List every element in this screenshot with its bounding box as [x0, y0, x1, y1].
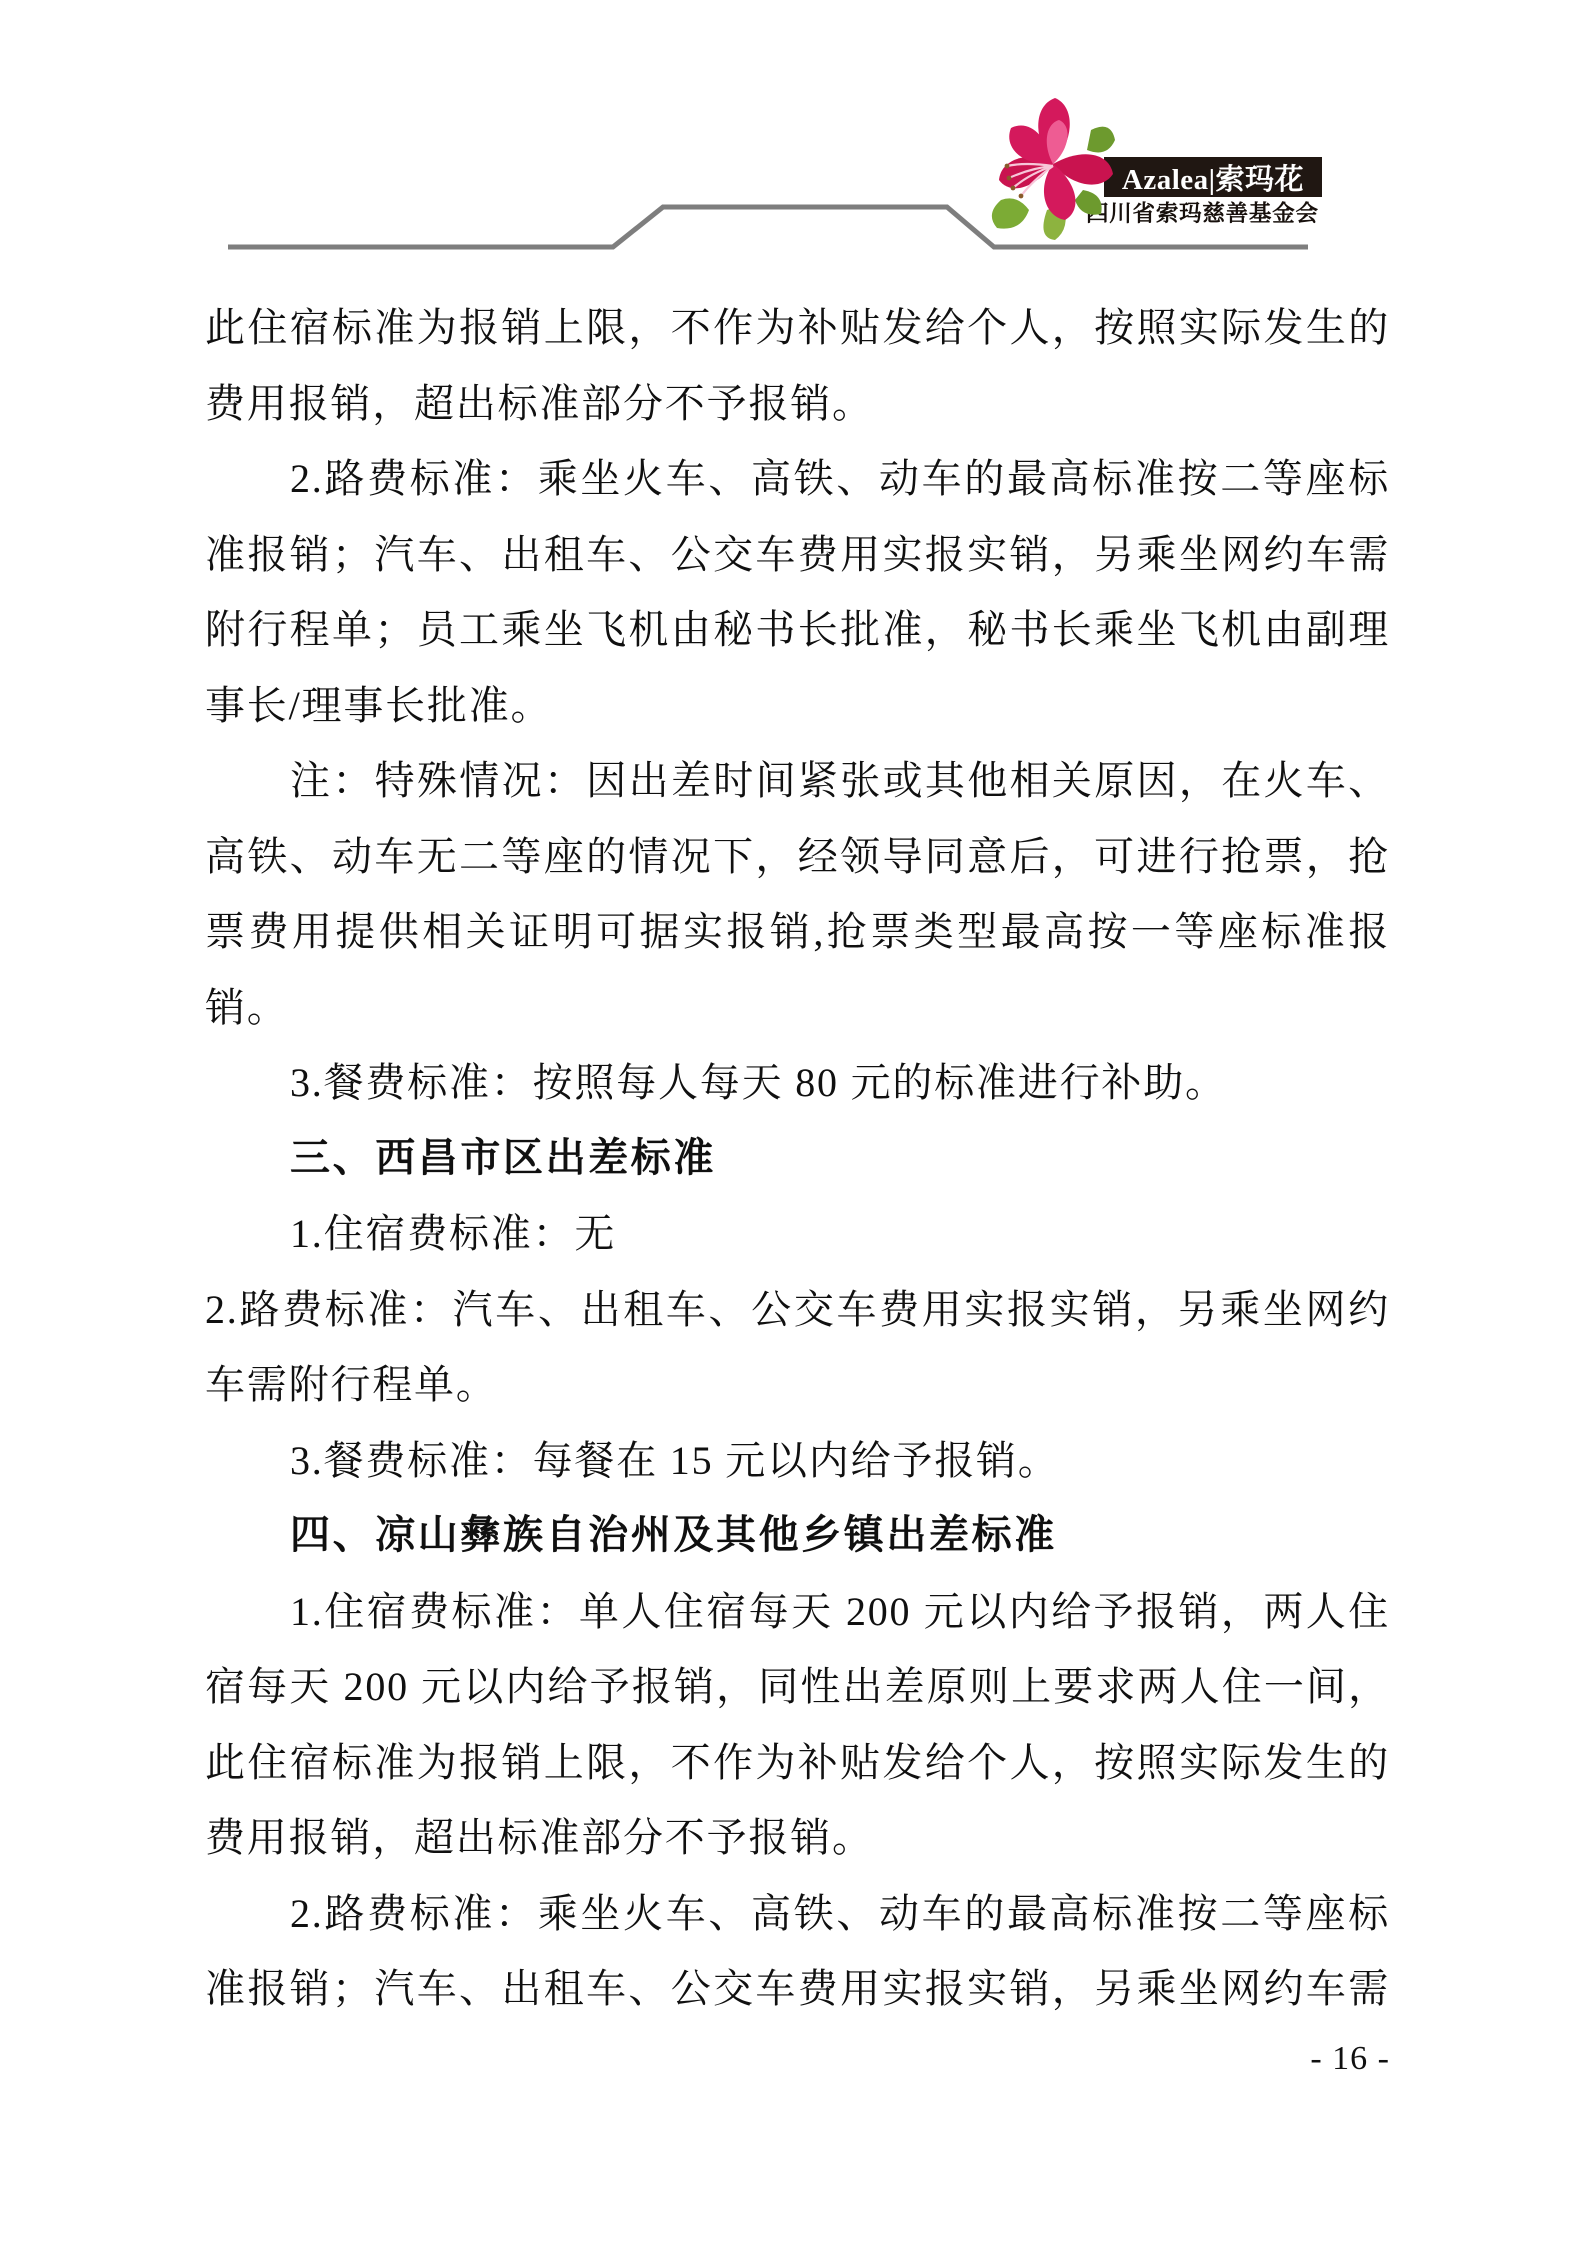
- text-line: 1.住宿费标准：单人住宿每天 200 元以内给予报销，两人住: [205, 1574, 1390, 1650]
- page-number: - 16 -: [205, 2040, 1390, 2078]
- logo-banner: Azalea|索玛花: [1104, 157, 1322, 197]
- text-line: 此住宿标准为报销上限，不作为补贴发给个人，按照实际发生的: [205, 290, 1390, 366]
- logo-banner-text: Azalea|索玛花: [1122, 157, 1304, 198]
- section-heading: 三、西昌市区出差标准: [205, 1121, 1390, 1197]
- azalea-flower-icon: [983, 82, 1133, 242]
- text-line: 宿每天 200 元以内给予报销，同性出差原则上要求两人住一间，: [205, 1649, 1390, 1725]
- text-line: 此住宿标准为报销上限，不作为补贴发给个人，按照实际发生的: [205, 1725, 1390, 1801]
- document-page: Azalea|索玛花 四川省索玛慈善基金会 此住宿标准为报销上限，不作为补贴发给…: [0, 0, 1587, 2245]
- section-heading: 四、凉山彝族自治州及其他乡镇出差标准: [205, 1498, 1390, 1574]
- text-line: 准报销；汽车、出租车、公交车费用实报实销，另乘坐网约车需: [205, 517, 1390, 593]
- text-line: 准报销；汽车、出租车、公交车费用实报实销，另乘坐网约车需: [205, 1951, 1390, 2027]
- text-line: 销。: [205, 970, 1390, 1046]
- text-line: 费用报销，超出标准部分不予报销。: [205, 366, 1390, 442]
- document-body: 此住宿标准为报销上限，不作为补贴发给个人，按照实际发生的费用报销，超出标准部分不…: [205, 290, 1390, 2027]
- text-line: 2.路费标准：汽车、出租车、公交车费用实报实销，另乘坐网约: [205, 1272, 1390, 1348]
- text-line: 注：特殊情况：因出差时间紧张或其他相关原因，在火车、: [205, 743, 1390, 819]
- text-line: 附行程单；员工乘坐飞机由秘书长批准，秘书长乘坐飞机由副理: [205, 592, 1390, 668]
- text-line: 票费用提供相关证明可据实报销,抢票类型最高按一等座标准报: [205, 894, 1390, 970]
- text-line: 2.路费标准：乘坐火车、高铁、动车的最高标准按二等座标: [205, 1876, 1390, 1952]
- text-line: 2.路费标准：乘坐火车、高铁、动车的最高标准按二等座标: [205, 441, 1390, 517]
- text-line: 高铁、动车无二等座的情况下，经领导同意后，可进行抢票，抢: [205, 819, 1390, 895]
- text-line: 费用报销，超出标准部分不予报销。: [205, 1800, 1390, 1876]
- text-line: 1.住宿费标准：无: [205, 1196, 1390, 1272]
- text-line: 车需附行程单。: [205, 1347, 1390, 1423]
- text-line: 事长/理事长批准。: [205, 668, 1390, 744]
- text-line: 3.餐费标准：按照每人每天 80 元的标准进行补助。: [205, 1045, 1390, 1121]
- text-line: 3.餐费标准：每餐在 15 元以内给予报销。: [205, 1423, 1390, 1499]
